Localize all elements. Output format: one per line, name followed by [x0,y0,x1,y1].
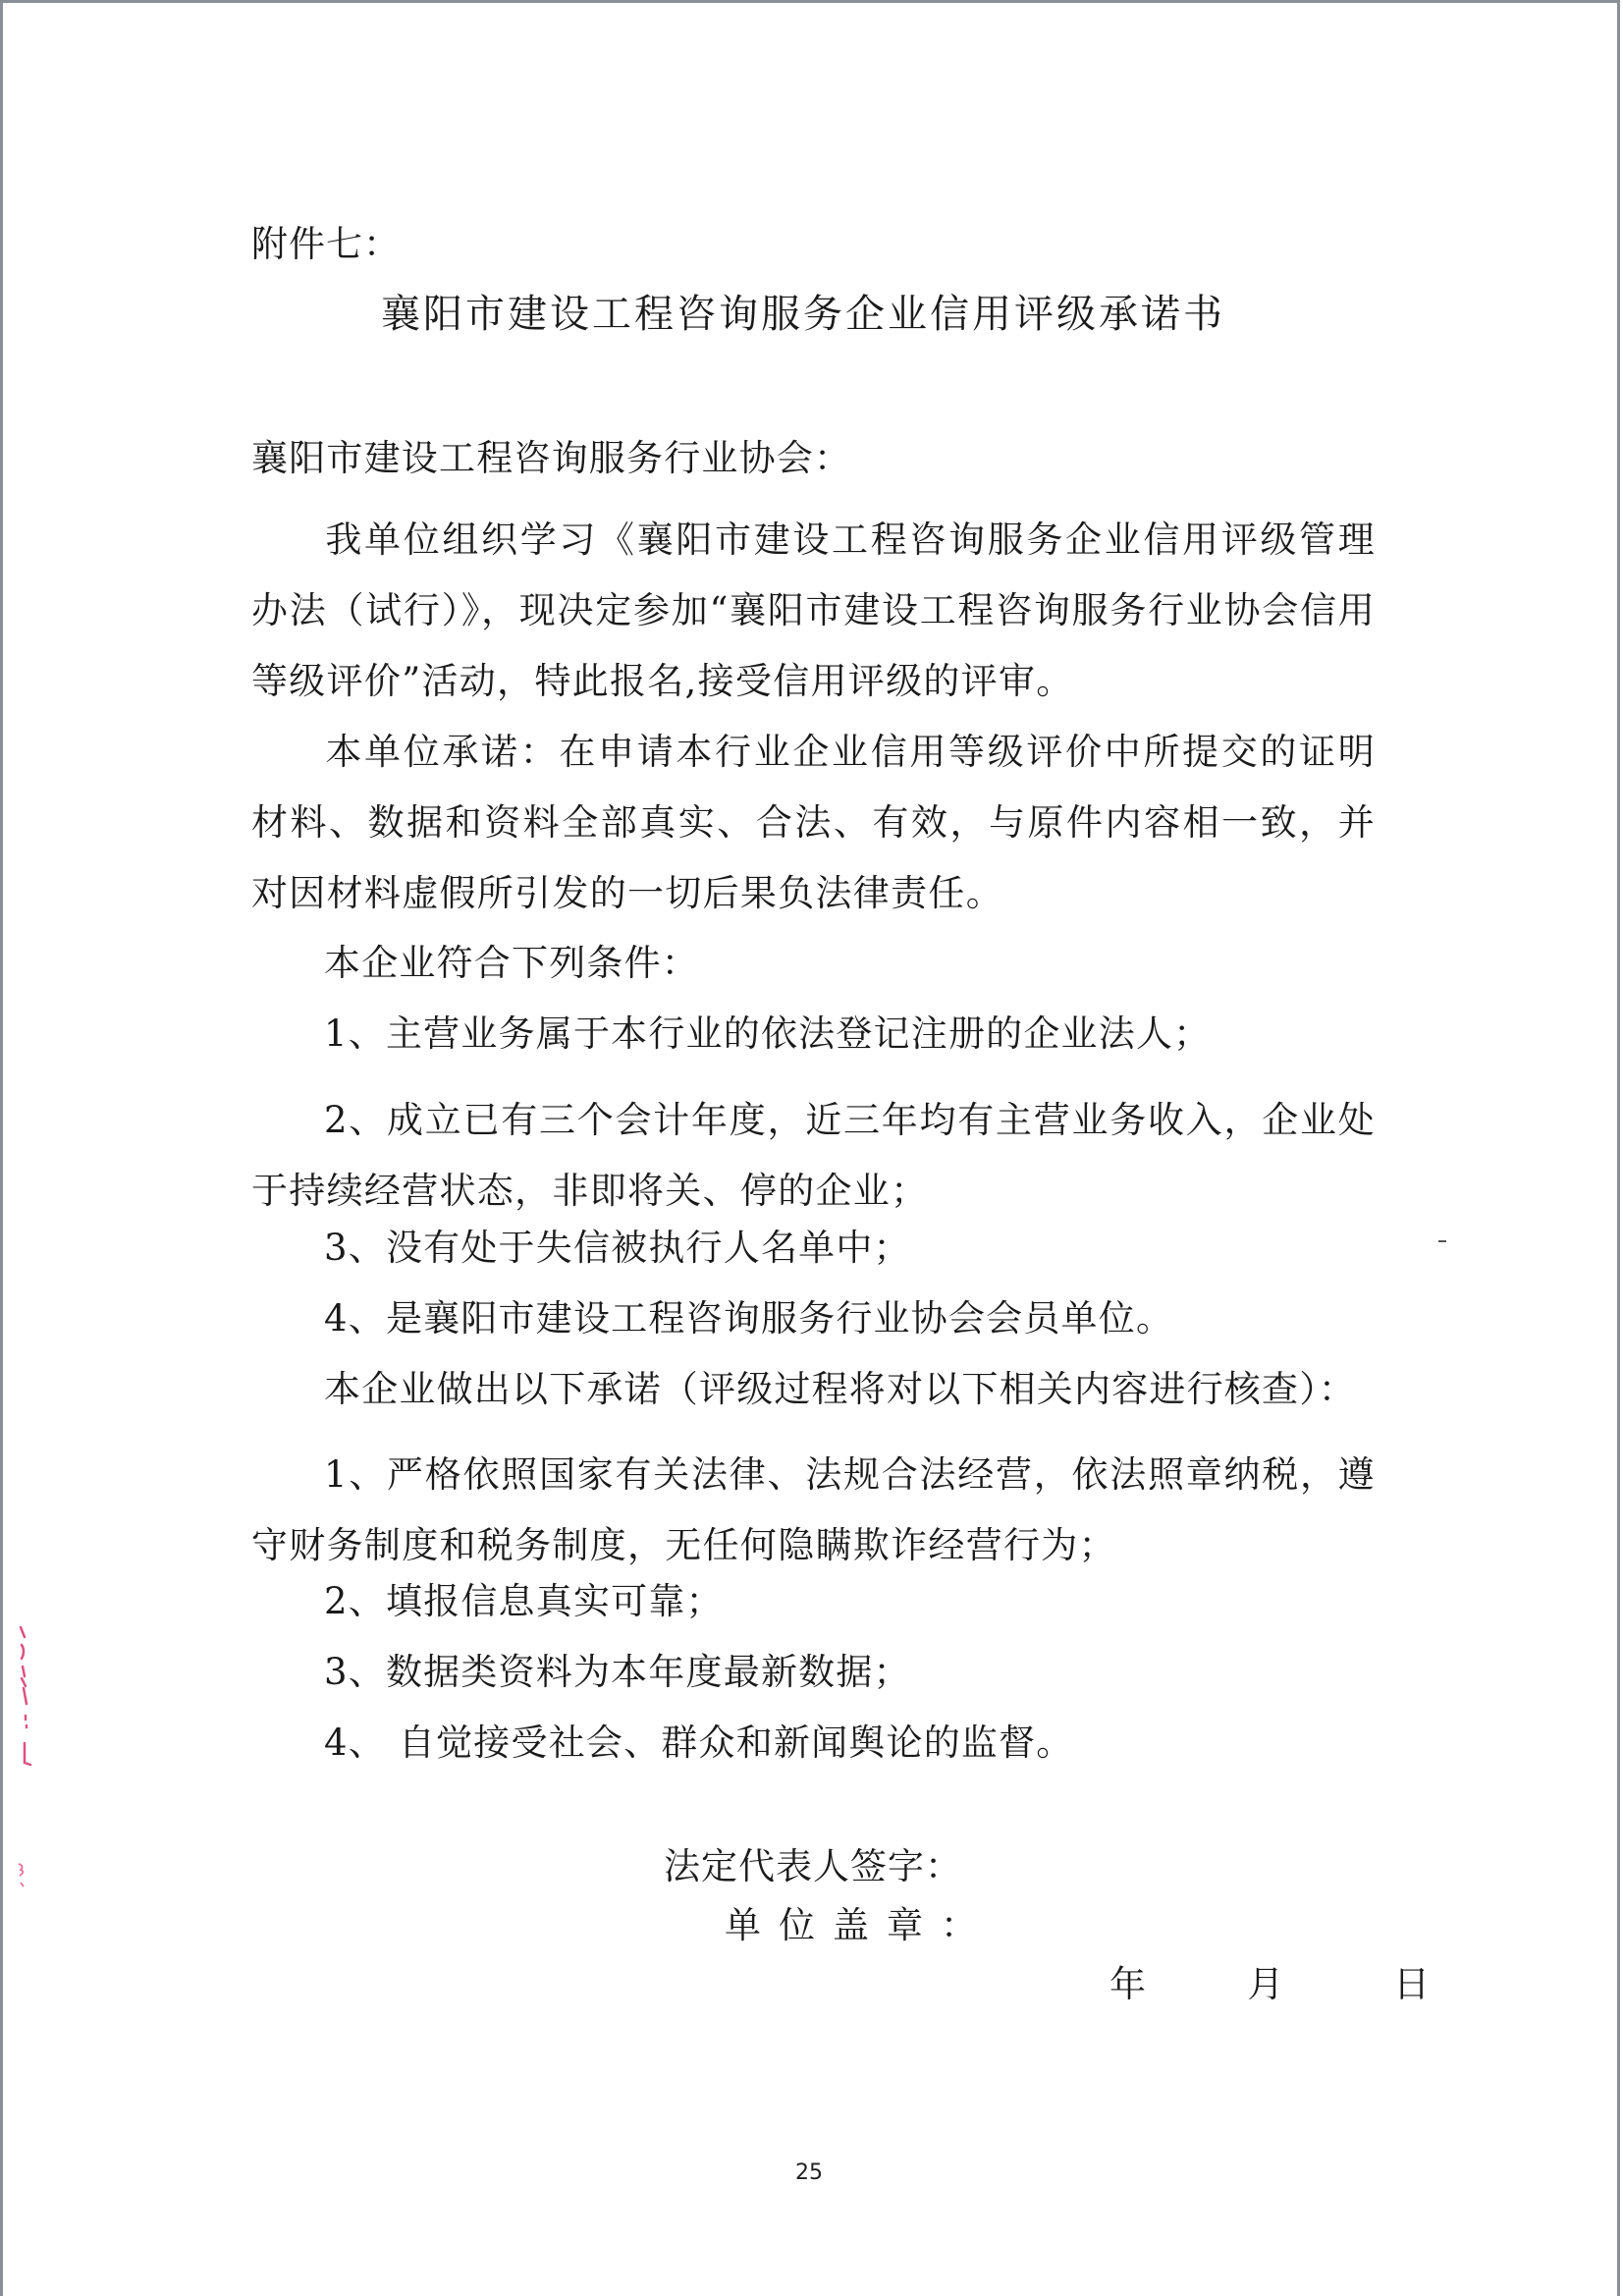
pledge-item-3: 3、数据类资料为本年度最新数据； [324,1642,911,1695]
date-row: 年 月 日 [1109,1954,1430,2007]
year-label: 年 [1109,1954,1146,2007]
condition-item-2-text: 2、成立已有三个会计年度，近三年均有主营业务收入，企业处于持续经营状态，非即将关… [251,1099,1376,1212]
conditions-heading: 本企业符合下列条件： [324,933,699,986]
legal-rep-signature-label: 法定代表人签字： [664,1836,962,1889]
commitment-paragraph: 本单位承诺：在申请本行业企业信用等级评价中所提交的证明材料、数据和资料全部真实、… [251,717,1376,929]
seal-stamp-fragment-icon [16,1625,39,1792]
condition-item-4: 4、是襄阳市建设工程咨询服务行业协会会员单位。 [324,1288,1173,1341]
condition-item-3: 3、没有处于失信被执行人名单中； [324,1218,911,1271]
document-title: 襄阳市建设工程咨询服务企业信用评级承诺书 [381,283,1225,339]
addressee: 襄阳市建设工程咨询服务行业协会： [251,428,851,481]
commitment-paragraph-text: 本单位承诺：在申请本行业企业信用等级评价中所提交的证明材料、数据和资料全部真实、… [251,731,1376,914]
attachment-label: 附件七： [251,214,401,267]
condition-item-2: 2、成立已有三个会计年度，近三年均有主营业务收入，企业处于持续经营状态，非即将关… [251,1085,1376,1227]
page-number: 25 [795,2160,823,2185]
pledge-item-1-text: 1、严格依照国家有关法律、法规合法经营，依法照章纳税，遵 守财务制度和税务制度，… [251,1453,1376,1566]
pledges-heading: 本企业做出以下承诺（评级过程将对以下相关内容进行核查）： [324,1359,1356,1412]
day-label: 日 [1393,1954,1430,2007]
unit-seal-label: 单位盖章： [725,1895,995,1948]
intro-paragraph-text: 我单位组织学习《襄阳市建设工程咨询服务企业信用评级管理办法（试行）》，现决定参加… [251,519,1376,702]
pledge-item-2: 2、填报信息真实可靠； [324,1571,724,1624]
pledge-item-1: 1、严格依照国家有关法律、法规合法经营，依法照章纳税，遵 守财务制度和税务制度，… [251,1440,1376,1581]
intro-paragraph: 我单位组织学习《襄阳市建设工程咨询服务企业信用评级管理办法（试行）》，现决定参加… [251,505,1376,717]
month-label: 月 [1248,1954,1284,2007]
seal-stamp-mark-icon [16,1861,29,1890]
dash-mark [1438,1240,1446,1242]
pledge-item-4: 4、 自觉接受社会、群众和新闻舆论的监督。 [324,1713,1074,1766]
condition-item-1: 1、主营业务属于本行业的依法登记注册的企业法人； [324,1004,1211,1057]
